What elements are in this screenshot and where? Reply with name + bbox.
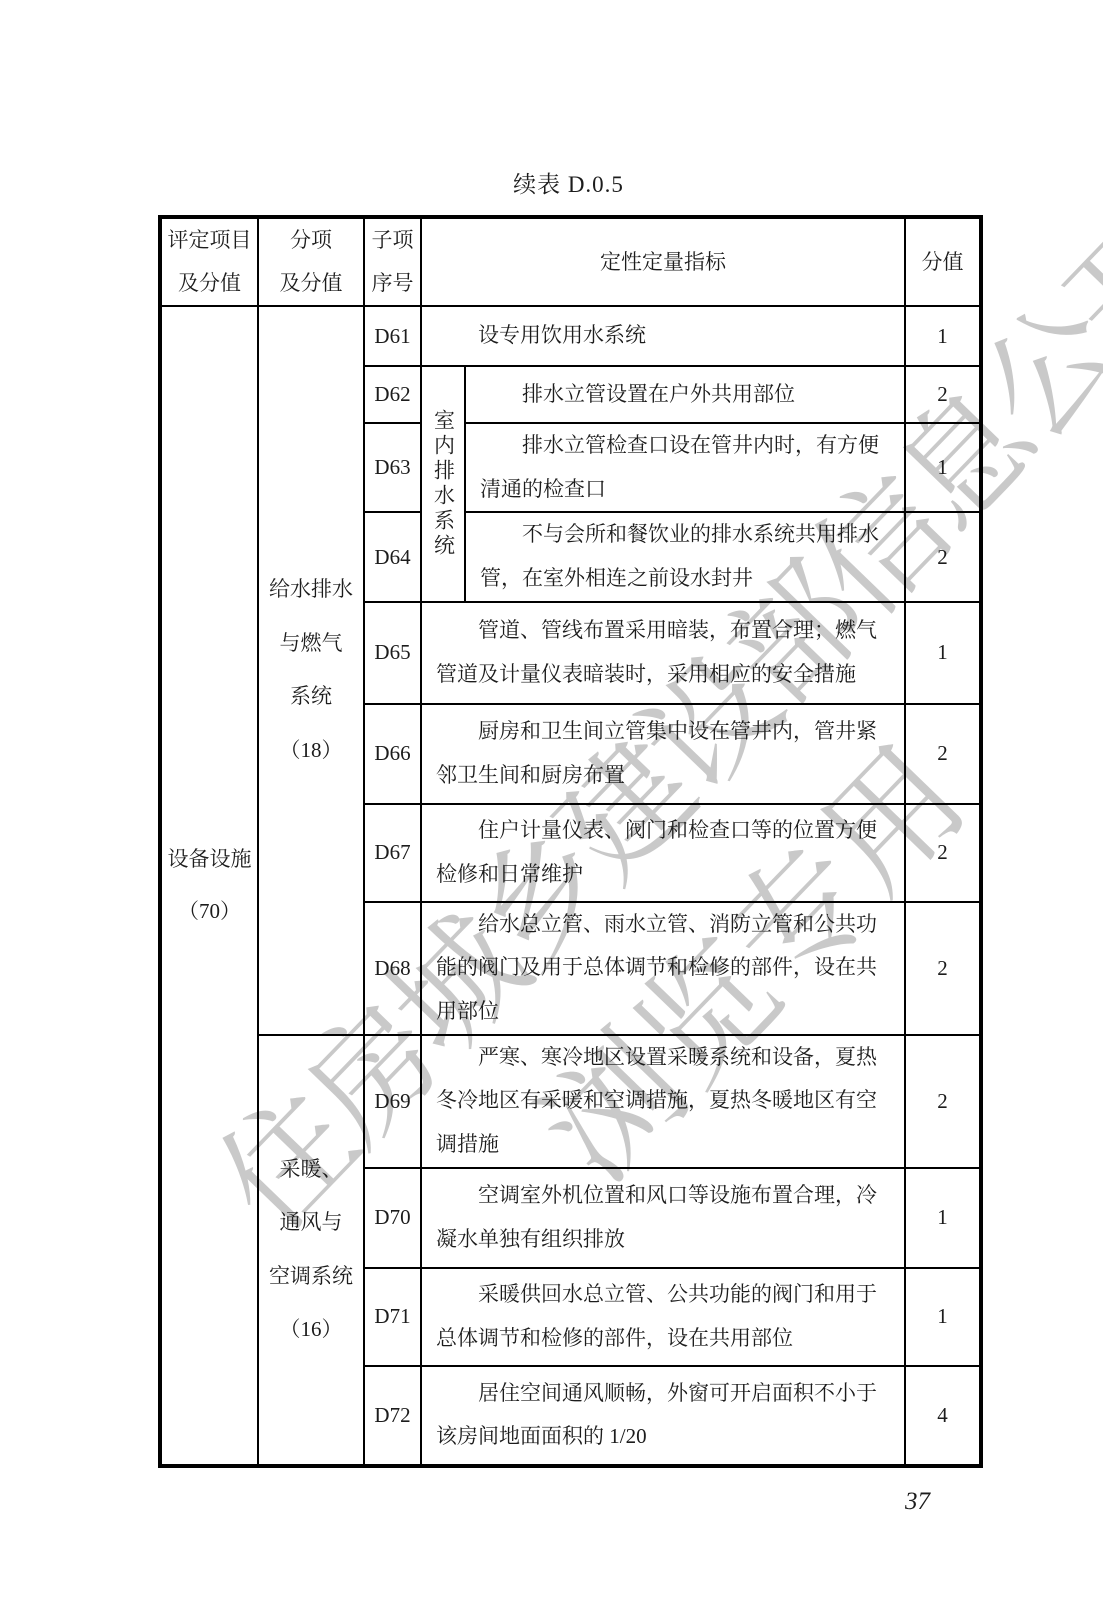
row-indicator: 采暖供回水总立管、公共功能的阀门和用于总体调节和检修的部件，设在共用部位 xyxy=(421,1268,905,1366)
indicator-text: 居住空间通风顺畅，外窗可开启面积不小于该房间地面面积的 1/20 xyxy=(422,1372,904,1459)
row-code: D72 xyxy=(364,1366,421,1466)
indicator-text: 给水总立管、雨水立管、消防立管和公共功能的阀门及用于总体调节和检修的部件，设在共… xyxy=(422,903,904,1034)
header-indicator: 定性定量指标 xyxy=(421,217,905,306)
indicator-text: 管道、管线布置采用暗装，布置合理；燃气管道及计量仪表暗装时，采用相应的安全措施 xyxy=(422,609,904,696)
group-cell-hvac: 采暖、 通风与 空调系统 （16） xyxy=(258,1035,364,1466)
row-indicator: 空调室外机位置和风口等设施布置合理，冷凝水单独有组织排放 xyxy=(421,1168,905,1268)
indicator-text: 排水立管检查口设在管井内时，有方便清通的检查口 xyxy=(466,424,904,511)
row-score: 1 xyxy=(905,306,981,366)
row-code: D68 xyxy=(364,902,421,1035)
indicator-text: 厨房和卫生间立管集中设在管井内，管井紧邻卫生间和厨房布置 xyxy=(422,710,904,797)
table-row: 设备设施 （70） 给水排水 与燃气 系统 （18） D61 设专用饮用水系统 … xyxy=(160,306,981,366)
row-indicator: 不与会所和餐饮业的排水系统共用排水管，在室外相连之前设水封井 xyxy=(465,512,905,601)
row-code: D67 xyxy=(364,804,421,902)
row-indicator: 设专用饮用水系统 xyxy=(421,306,905,366)
indicator-text: 采暖供回水总立管、公共功能的阀门和用于总体调节和检修的部件，设在共用部位 xyxy=(422,1273,904,1360)
row-indicator: 厨房和卫生间立管集中设在管井内，管井紧邻卫生间和厨房布置 xyxy=(421,704,905,804)
header-serial: 子项 序号 xyxy=(364,217,421,306)
row-indicator: 严寒、寒冷地区设置采暖系统和设备，夏热冬冷地区有采暖和空调措施，夏热冬暖地区有空… xyxy=(421,1035,905,1168)
row-score: 2 xyxy=(905,512,981,601)
category-cell: 设备设施 （70） xyxy=(160,306,258,1466)
row-indicator: 给水总立管、雨水立管、消防立管和公共功能的阀门及用于总体调节和检修的部件，设在共… xyxy=(421,902,905,1035)
row-indicator: 排水立管设置在户外共用部位 xyxy=(465,366,905,423)
row-code: D69 xyxy=(364,1035,421,1168)
rating-table: 评定项目 及分值 分项 及分值 子项 序号 定性定量指标 分值 设备设施 （70… xyxy=(158,215,983,1468)
indicator-text: 住户计量仪表、阀门和检查口等的位置方便检修和日常维护 xyxy=(422,809,904,896)
row-score: 1 xyxy=(905,1268,981,1366)
table-row: 采暖、 通风与 空调系统 （16） D69 严寒、寒冷地区设置采暖系统和设备，夏… xyxy=(160,1035,981,1168)
header-subitem: 分项 及分值 xyxy=(258,217,364,306)
row-score: 2 xyxy=(905,704,981,804)
row-score: 1 xyxy=(905,423,981,512)
row-code: D71 xyxy=(364,1268,421,1366)
row-score: 2 xyxy=(905,366,981,423)
row-score: 2 xyxy=(905,902,981,1035)
header-score: 分值 xyxy=(905,217,981,306)
table-title: 续表 D.0.5 xyxy=(158,166,979,199)
row-score: 4 xyxy=(905,1366,981,1466)
header-row: 评定项目 及分值 分项 及分值 子项 序号 定性定量指标 分值 xyxy=(160,217,981,306)
row-score: 1 xyxy=(905,602,981,704)
header-item: 评定项目 及分值 xyxy=(160,217,258,306)
indicator-text: 严寒、寒冷地区设置采暖系统和设备，夏热冬冷地区有采暖和空调措施，夏热冬暖地区有空… xyxy=(422,1036,904,1167)
row-code: D66 xyxy=(364,704,421,804)
row-indicator: 居住空间通风顺畅，外窗可开启面积不小于该房间地面面积的 1/20 xyxy=(421,1366,905,1466)
group-cell-water-gas: 给水排水 与燃气 系统 （18） xyxy=(258,306,364,1035)
page-number: 37 xyxy=(905,1488,930,1516)
row-indicator: 排水立管检查口设在管井内时，有方便清通的检查口 xyxy=(465,423,905,512)
indicator-text: 设专用饮用水系统 xyxy=(422,314,904,358)
row-indicator: 住户计量仪表、阀门和检查口等的位置方便检修和日常维护 xyxy=(421,804,905,902)
row-score: 1 xyxy=(905,1168,981,1268)
row-indicator: 管道、管线布置采用暗装，布置合理；燃气管道及计量仪表暗装时，采用相应的安全措施 xyxy=(421,602,905,704)
indicator-text: 不与会所和餐饮业的排水系统共用排水管，在室外相连之前设水封井 xyxy=(466,513,904,600)
row-code: D63 xyxy=(364,423,421,512)
row-score: 2 xyxy=(905,1035,981,1168)
row-code: D64 xyxy=(364,512,421,601)
row-code: D65 xyxy=(364,602,421,704)
subgroup-cell-indoor-drainage: 室内排水系统 xyxy=(421,366,465,602)
row-code: D70 xyxy=(364,1168,421,1268)
row-code: D62 xyxy=(364,366,421,423)
indicator-text: 排水立管设置在户外共用部位 xyxy=(466,373,904,417)
row-code: D61 xyxy=(364,306,421,366)
indicator-text: 空调室外机位置和风口等设施布置合理，冷凝水单独有组织排放 xyxy=(422,1174,904,1261)
row-score: 2 xyxy=(905,804,981,902)
document-page: 住房城乡建设部信息公开 浏览专用 续表 D.0.5 评定项目 及分值 分项 及分… xyxy=(0,0,1103,1598)
